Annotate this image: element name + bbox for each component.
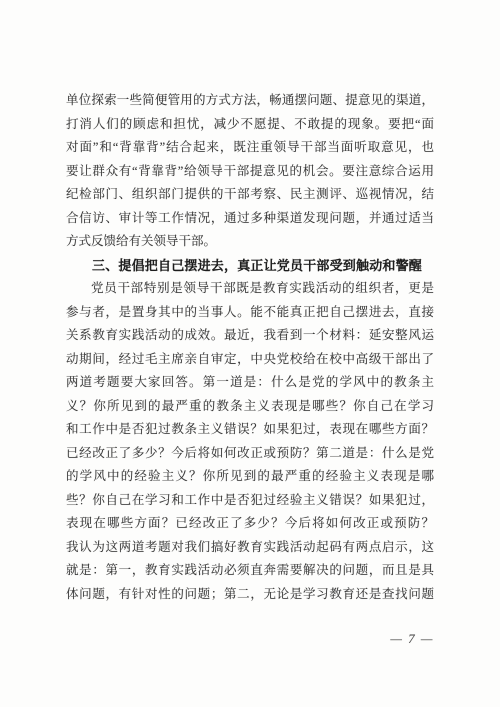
- text-line: 要让群众有“背靠背”给领导干部提意见的机会。要注意综合运用: [66, 160, 434, 184]
- text-line: 就是：第一，教育实践活动必须直奔需要解决的问题，而且是具: [66, 559, 434, 583]
- text-line: 的学风中的经验主义？你所见到的最严重的经验主义表现是哪: [66, 465, 434, 489]
- text-line: 单位探索一些简便管用的方式方法，畅通摆问题、提意见的渠道，: [66, 89, 434, 113]
- text-line: 表现在哪些方面？已经改正了多少？今后将如何改正或预防？: [66, 512, 434, 536]
- text-line: 和工作中是否犯过教条主义错误？如果犯过，表现在哪些方面？: [66, 418, 434, 442]
- text-line: 我认为这两道考题对我们搞好教育实践活动起码有两点启示，这: [66, 536, 434, 560]
- text-line: 些？你自己在学习和工作中是否犯过经验主义错误？如果犯过，: [66, 489, 434, 513]
- page-number: — 7 —: [390, 631, 434, 647]
- text-line: 已经改正了多少？今后将如何改正或预防？第二道是：什么是党: [66, 442, 434, 466]
- text-line: 动期间，经过毛主席亲自审定，中央党校给在校中高级干部出了: [66, 348, 434, 372]
- document-page: 单位探索一些简便管用的方式方法，畅通摆问题、提意见的渠道，打消人们的顾虑和担忧，…: [0, 0, 500, 707]
- text-line: 纪检部门、组织部门提供的干部考察、民主测评、巡视情况，结: [66, 183, 434, 207]
- text-line: 方式反馈给有关领导干部。: [66, 230, 434, 254]
- text-line: 体问题，有针对性的问题；第二，无论是学习教育还是查找问题: [66, 583, 434, 607]
- text-line: 党员干部特别是领导干部既是教育实践活动的组织者，更是: [66, 277, 434, 301]
- text-line: 关系教育实践活动的成效。最近，我看到一个材料：延安整风运: [66, 324, 434, 348]
- text-line: 两道考题要大家回答。第一道是：什么是党的学风中的教条主: [66, 371, 434, 395]
- section-heading: 三、提倡把自己摆进去，真正让党员干部受到触动和警醒: [66, 254, 434, 278]
- text-line: 参与者，是置身其中的当事人。能不能真正把自己摆进去，直接: [66, 301, 434, 325]
- text-line: 义？你所见到的最严重的教条主义表现是哪些？你自己在学习: [66, 395, 434, 419]
- text-line: 打消人们的顾虑和担忧，减少不愿提、不敢提的现象。要把“面: [66, 113, 434, 137]
- text-line: 对面”和“背靠背”结合起来，既注重领导干部当面听取意见，也: [66, 136, 434, 160]
- text-line: 合信访、审计等工作情况，通过多种渠道发现问题，并通过适当: [66, 207, 434, 231]
- page-text: 单位探索一些简便管用的方式方法，畅通摆问题、提意见的渠道，打消人们的顾虑和担忧，…: [66, 89, 434, 606]
